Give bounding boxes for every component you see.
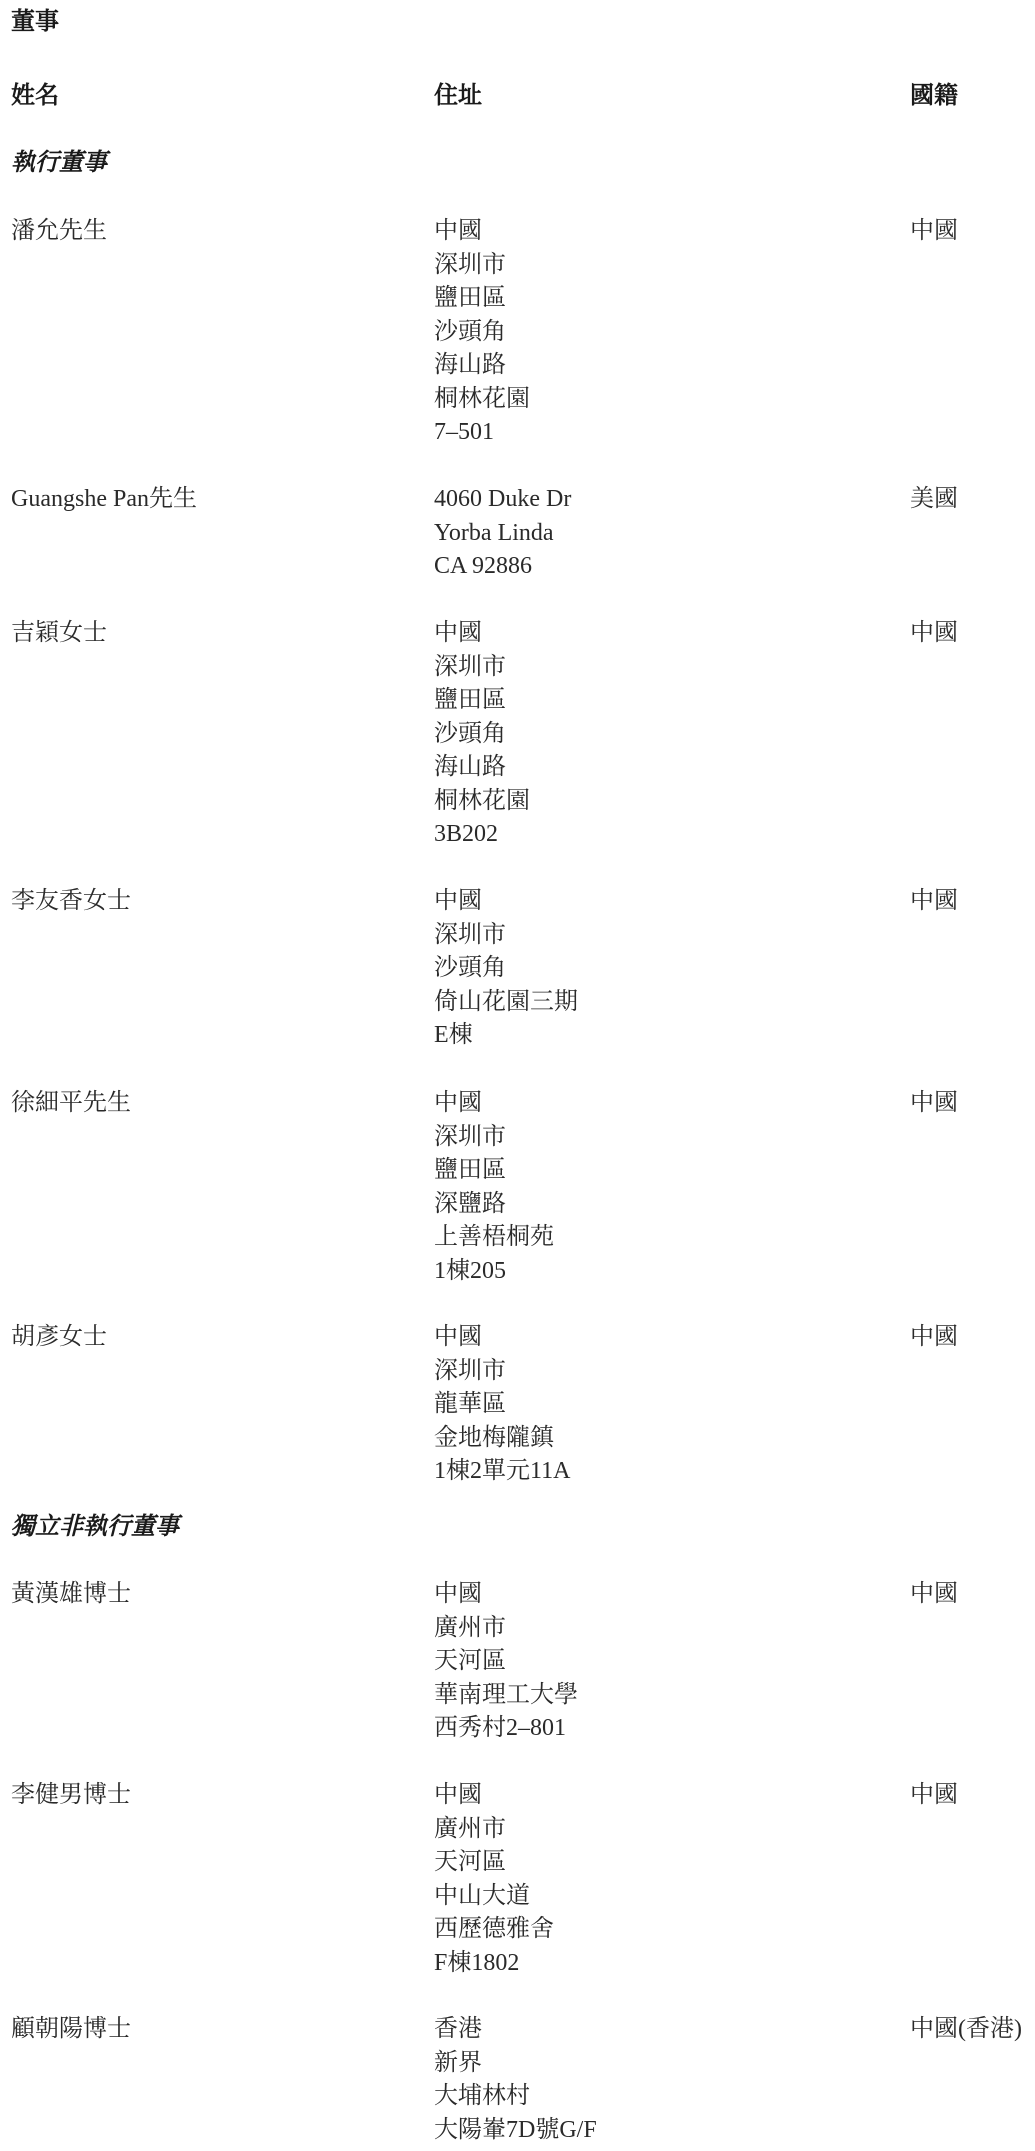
director-name: 黃漢雄博士: [11, 1578, 131, 1612]
address-line: 中國: [434, 1578, 578, 1612]
address-line: 鹽田區: [434, 282, 530, 316]
director-nationality: 中國: [910, 1321, 958, 1355]
address-line: 倚山花園三期: [434, 986, 578, 1020]
address-line: 深圳市: [434, 919, 578, 953]
address-line: 大陽輋7D號G/F: [434, 2114, 597, 2148]
address-line: 鹽田區: [434, 1154, 554, 1188]
section-heading-executive: 執行董事: [11, 147, 107, 181]
address-line: CA 92886: [434, 550, 571, 584]
director-nationality: 中國: [910, 885, 958, 919]
address-line: 西秀村2–801: [434, 1712, 578, 1746]
address-line: 中山大道: [434, 1880, 554, 1914]
address-line: 中國: [434, 1779, 554, 1813]
director-name: Guangshe Pan先生: [11, 483, 197, 517]
address-line: 桐林花園: [434, 383, 530, 417]
director-nationality: 中國: [910, 1779, 958, 1813]
address-line: 1棟205: [434, 1255, 554, 1289]
address-line: 中國: [434, 885, 578, 919]
director-nationality: 中國: [910, 617, 958, 651]
director-nationality: 中國(香港): [910, 2013, 1022, 2047]
address-line: 沙頭角: [434, 718, 530, 752]
address-line: 深圳市: [434, 249, 530, 283]
director-address: 中國廣州市天河區華南理工大學西秀村2–801: [434, 1578, 578, 1746]
address-line: 中國: [434, 1087, 554, 1121]
director-nationality: 美國: [910, 483, 958, 517]
director-name: 顧朝陽博士: [11, 2013, 131, 2047]
director-address: 中國深圳市龍華區金地梅隴鎮1棟2單元11A: [434, 1321, 570, 1489]
column-header-name: 姓名: [11, 80, 59, 114]
address-line: 鹽田區: [434, 684, 530, 718]
address-line: 廣州市: [434, 1612, 578, 1646]
director-nationality: 中國: [910, 1578, 958, 1612]
director-address: 香港新界大埔林村大陽輋7D號G/F: [434, 2013, 597, 2147]
director-name: 李友香女士: [11, 885, 131, 919]
address-line: 7–501: [434, 416, 530, 450]
address-line: 深圳市: [434, 1121, 554, 1155]
address-line: 沙頭角: [434, 952, 578, 986]
address-line: 中國: [434, 1321, 570, 1355]
address-line: 海山路: [434, 751, 530, 785]
director-address: 中國深圳市鹽田區深鹽路上善梧桐苑1棟205: [434, 1087, 554, 1288]
director-nationality: 中國: [910, 1087, 958, 1121]
address-line: 西歷德雅舍: [434, 1913, 554, 1947]
director-address: 中國廣州市天河區中山大道西歷德雅舍F棟1802: [434, 1779, 554, 1980]
director-name: 吉穎女士: [11, 617, 107, 651]
section-heading-independent: 獨立非執行董事: [11, 1511, 179, 1545]
address-line: 桐林花園: [434, 785, 530, 819]
address-line: 華南理工大學: [434, 1679, 578, 1713]
address-line: 新界: [434, 2047, 597, 2081]
address-line: 廣州市: [434, 1813, 554, 1847]
address-line: 天河區: [434, 1846, 554, 1880]
address-line: 深圳市: [434, 651, 530, 685]
director-name: 李健男博士: [11, 1779, 131, 1813]
director-address: 4060 Duke DrYorba LindaCA 92886: [434, 483, 571, 584]
address-line: 大埔林村: [434, 2080, 597, 2114]
address-line: 海山路: [434, 349, 530, 383]
column-header-nationality: 國籍: [910, 80, 958, 114]
address-line: 4060 Duke Dr: [434, 483, 571, 517]
page-title: 董事: [11, 6, 59, 40]
director-name: 潘允先生: [11, 215, 107, 249]
address-line: Yorba Linda: [434, 517, 571, 551]
address-line: 3B202: [434, 818, 530, 852]
director-address: 中國深圳市沙頭角倚山花園三期E棟: [434, 885, 578, 1053]
director-address: 中國深圳市鹽田區沙頭角海山路桐林花園7–501: [434, 215, 530, 450]
address-line: 沙頭角: [434, 316, 530, 350]
address-line: 天河區: [434, 1645, 578, 1679]
address-line: 深鹽路: [434, 1188, 554, 1222]
address-line: 1棟2單元11A: [434, 1455, 570, 1489]
address-line: 金地梅隴鎮: [434, 1422, 570, 1456]
address-line: 香港: [434, 2013, 597, 2047]
director-nationality: 中國: [910, 215, 958, 249]
director-address: 中國深圳市鹽田區沙頭角海山路桐林花園3B202: [434, 617, 530, 852]
address-line: 上善梧桐苑: [434, 1221, 554, 1255]
address-line: 深圳市: [434, 1355, 570, 1389]
column-header-address: 住址: [434, 80, 482, 114]
director-name: 胡彥女士: [11, 1321, 107, 1355]
address-line: E棟: [434, 1019, 578, 1053]
address-line: 中國: [434, 617, 530, 651]
address-line: 龍華區: [434, 1388, 570, 1422]
address-line: 中國: [434, 215, 530, 249]
director-name: 徐細平先生: [11, 1087, 131, 1121]
address-line: F棟1802: [434, 1947, 554, 1981]
